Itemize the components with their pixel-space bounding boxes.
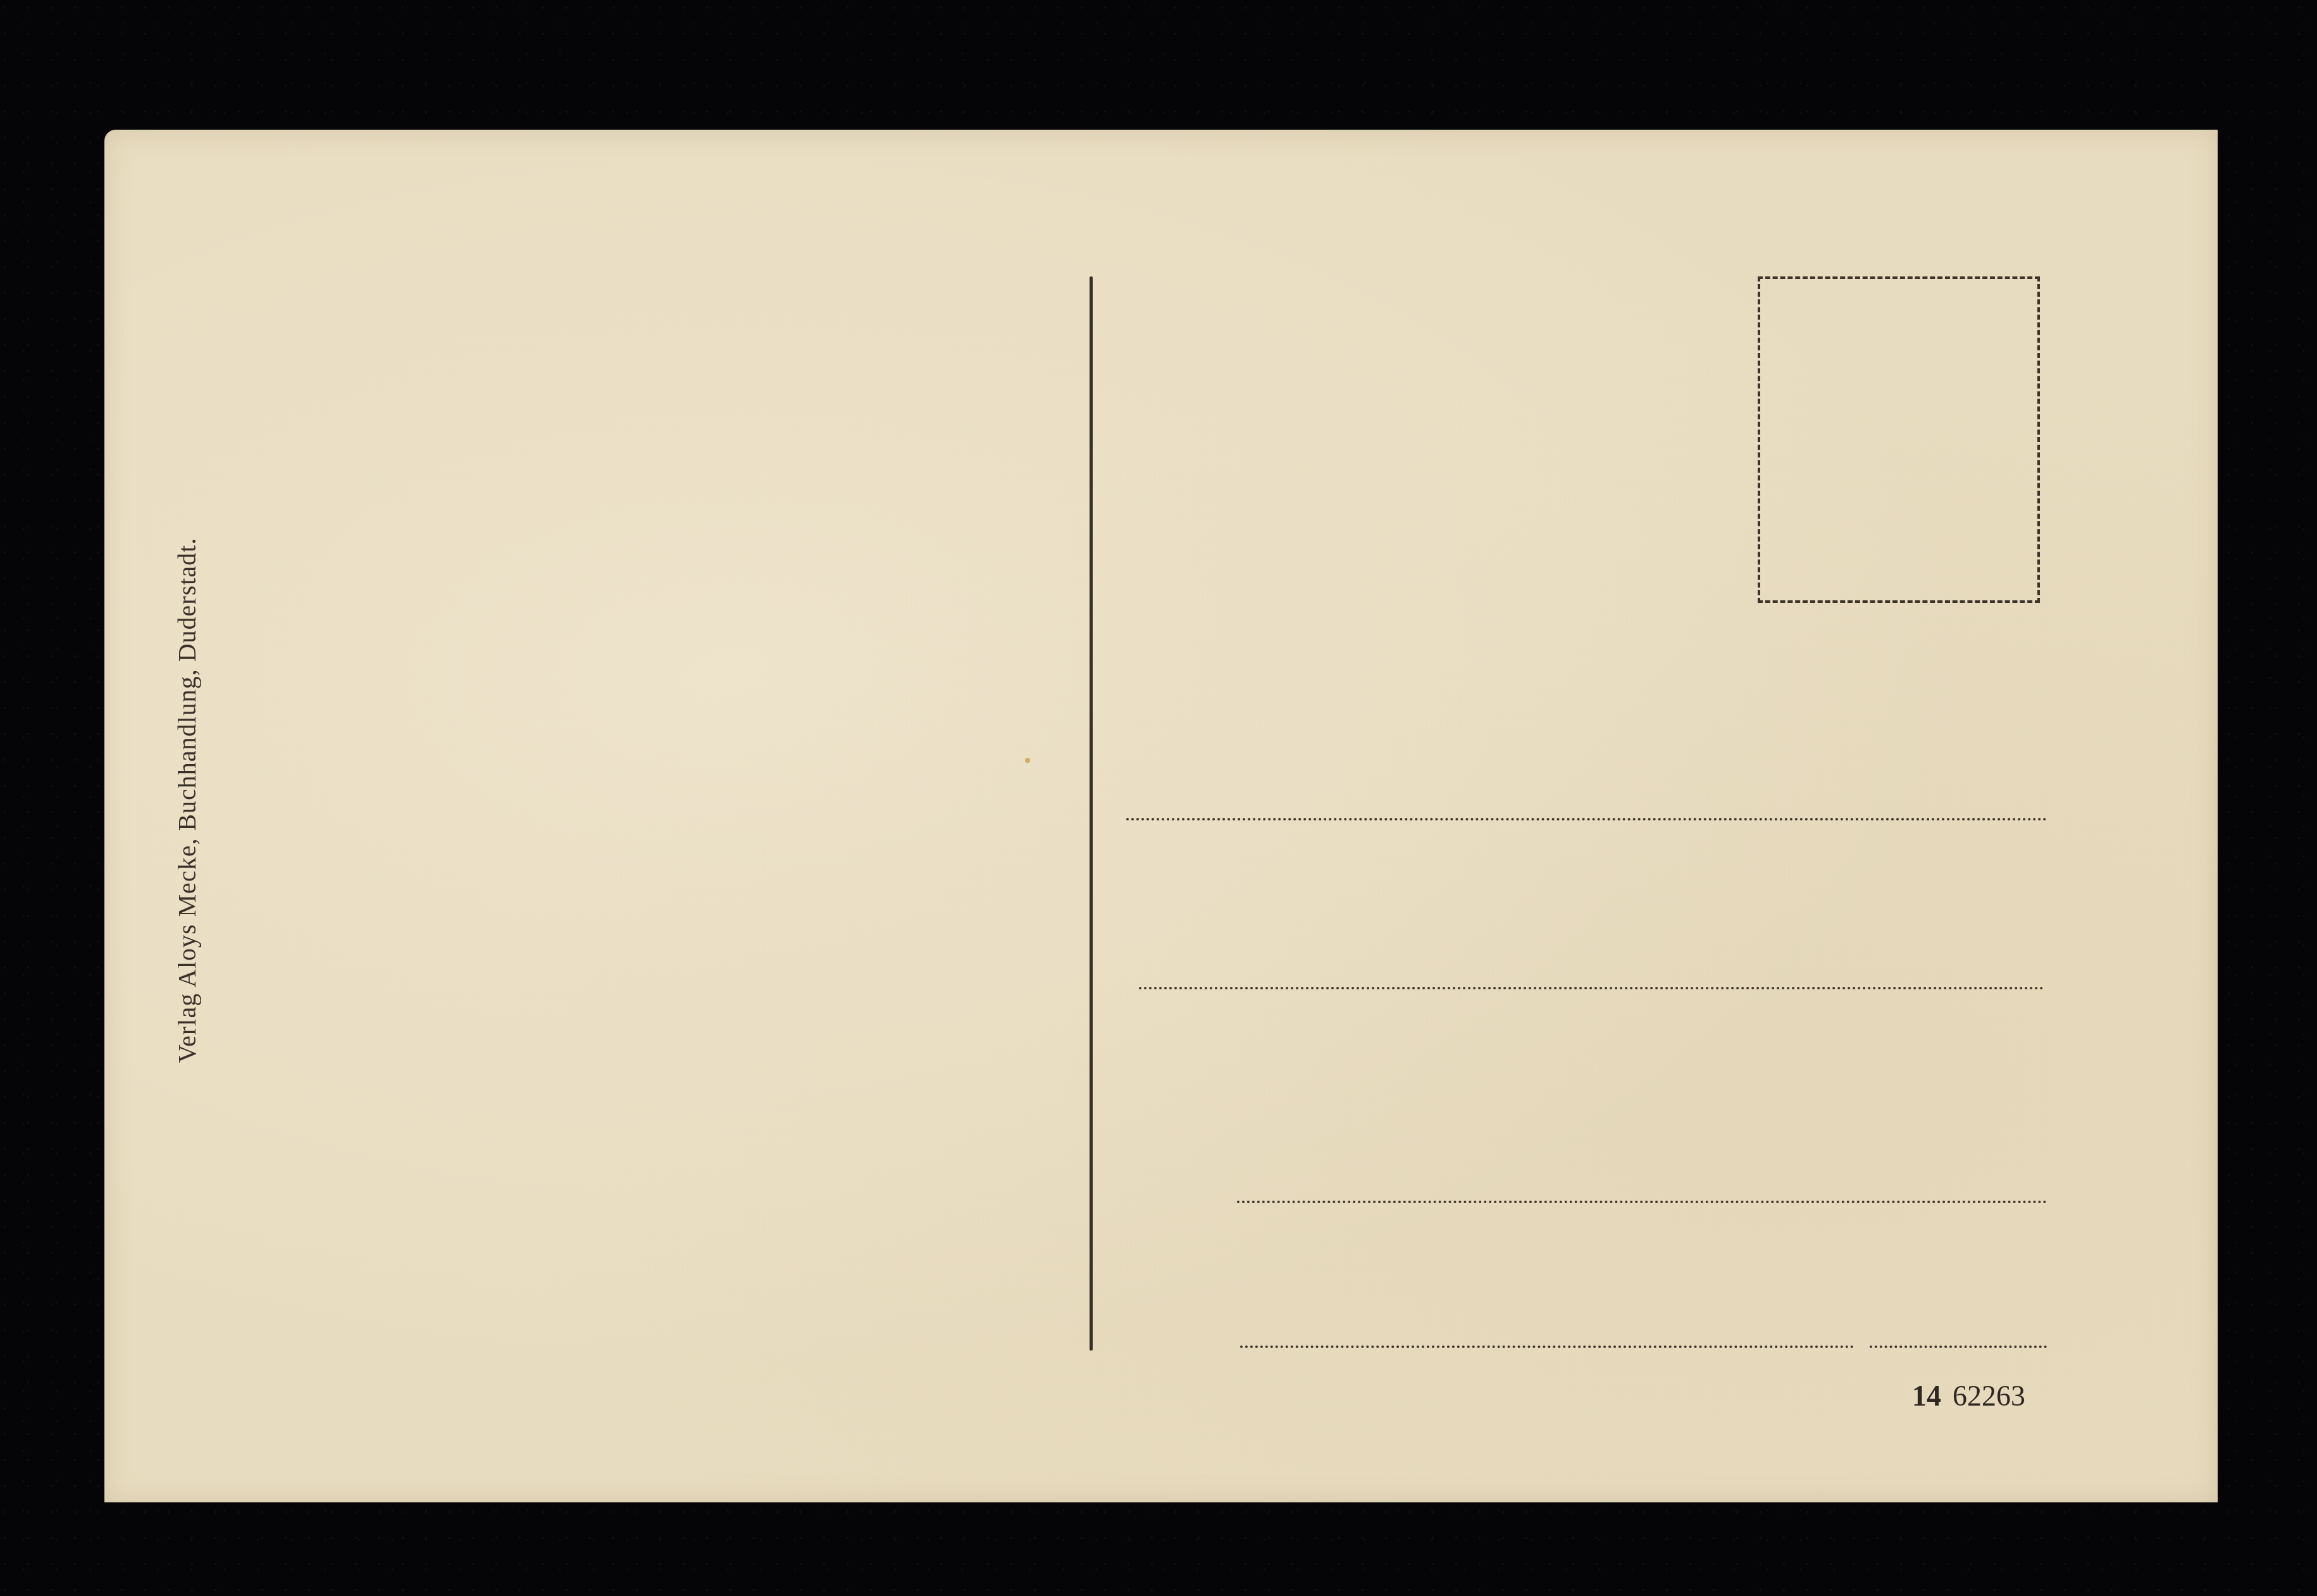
stamp-placement-box	[1758, 276, 2040, 603]
message-address-divider	[1090, 276, 1093, 1351]
card-number: 1462263	[1912, 1379, 2025, 1413]
address-line-4	[1240, 1345, 1854, 1348]
publisher-imprint: Verlag Aloys Mecke, Buchhandlung, Duders…	[172, 538, 202, 1063]
address-line-3	[1237, 1201, 2047, 1203]
address-line-4-end	[1870, 1345, 2047, 1348]
address-line-1	[1126, 818, 2047, 820]
paper-blemish	[1025, 758, 1030, 763]
card-serial-number: 62263	[1953, 1380, 2025, 1412]
card-series-number: 14	[1912, 1380, 1941, 1412]
address-line-2	[1139, 987, 2044, 989]
